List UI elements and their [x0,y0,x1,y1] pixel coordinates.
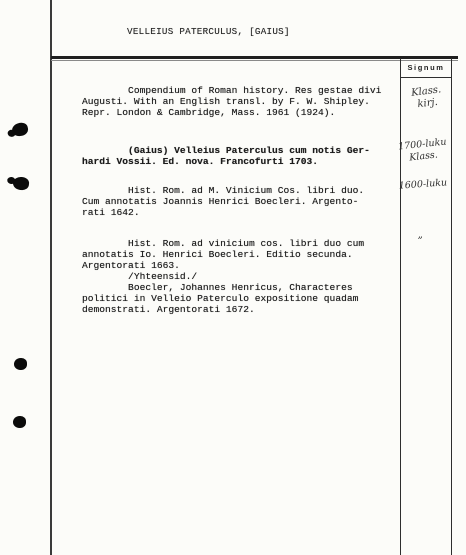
hole-punch-mark [13,416,26,428]
header-divider-rule [51,56,458,59]
left-margin-rule [50,0,52,555]
signum-column-header: Signum [401,58,451,78]
card-title: VELLEIUS PATERCULUS, [GAIUS] [127,26,290,37]
hole-punch-mark [14,358,27,370]
catalog-entry-3: Hist. Rom. ad M. Vinicium Cos. libri duo… [82,185,394,218]
catalog-entry-2: (Gaius) Velleius Paterculus cum notis Ge… [82,145,394,167]
catalog-entry-4: Hist. Rom. ad vinicium cos. libri duo cu… [82,238,394,315]
signum-note-ditto-mark: ” [413,236,427,248]
header-divider-rule-thin [51,60,458,61]
library-catalog-card: VELLEIUS PATERCULUS, [GAIUS] Signum Comp… [0,0,466,555]
hole-punch-mark [11,121,29,137]
hole-punch-mark [12,176,29,191]
catalog-entry-1: Compendium of Roman history. Res gestae … [82,85,394,118]
signum-column: Signum [400,58,452,555]
